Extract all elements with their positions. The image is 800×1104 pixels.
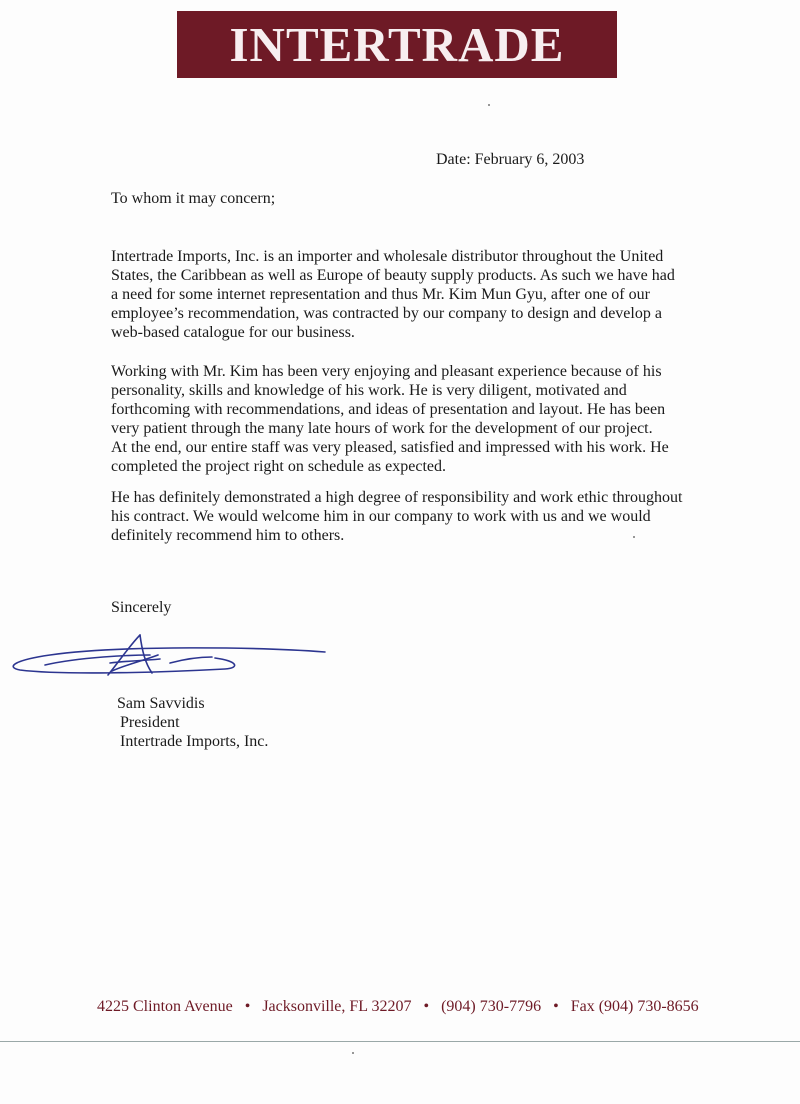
paragraph-line: forthcoming with recommendations, and id… bbox=[111, 400, 711, 419]
paragraph-line: employee’s recommendation, was contracte… bbox=[111, 304, 711, 323]
signer-title: President bbox=[117, 713, 268, 732]
company-logo-text: INTERTRADE bbox=[229, 16, 564, 73]
paragraph-line: At the end, our entire staff was very pl… bbox=[111, 438, 711, 457]
footer-divider bbox=[0, 1041, 800, 1042]
scan-speck bbox=[633, 536, 635, 538]
signature-image bbox=[0, 625, 340, 685]
signer-block: Sam Savvidis President Intertrade Import… bbox=[117, 694, 268, 751]
paragraph-recommendation: He has definitely demonstrated a high de… bbox=[111, 488, 711, 545]
footer-address: 4225 Clinton Avenue bbox=[97, 998, 233, 1015]
paragraph-line: very patient through the many late hours… bbox=[111, 419, 711, 438]
salutation: To whom it may concern; bbox=[111, 190, 275, 208]
paragraph-line: He has definitely demonstrated a high de… bbox=[111, 488, 711, 507]
paragraph-line: his contract. We would welcome him in ou… bbox=[111, 507, 711, 526]
paragraph-line: web-based catalogue for our business. bbox=[111, 323, 711, 342]
footer-fax: Fax (904) 730-8656 bbox=[571, 998, 699, 1015]
paragraph-line: definitely recommend him to others. bbox=[111, 526, 711, 545]
letterhead-banner: INTERTRADE bbox=[177, 11, 617, 78]
footer-city: Jacksonville, FL 32207 bbox=[262, 998, 411, 1015]
scan-speck bbox=[352, 1052, 354, 1054]
paragraph-line: a need for some internet representation … bbox=[111, 285, 711, 304]
bullet-separator: • bbox=[423, 998, 429, 1015]
closing: Sincerely bbox=[111, 599, 171, 617]
paragraph-line: States, the Caribbean as well as Europe … bbox=[111, 266, 711, 285]
paragraph-line: completed the project right on schedule … bbox=[111, 457, 711, 476]
paragraph-line: Intertrade Imports, Inc. is an importer … bbox=[111, 247, 711, 266]
paragraph-experience: Working with Mr. Kim has been very enjoy… bbox=[111, 362, 711, 476]
letter-date: Date: February 6, 2003 bbox=[436, 151, 584, 169]
signer-name: Sam Savvidis bbox=[117, 694, 268, 713]
signer-company: Intertrade Imports, Inc. bbox=[117, 732, 268, 751]
paragraph-intro: Intertrade Imports, Inc. is an importer … bbox=[111, 247, 711, 342]
paragraph-line: personality, skills and knowledge of his… bbox=[111, 381, 711, 400]
bullet-separator: • bbox=[553, 998, 559, 1015]
scan-speck bbox=[488, 104, 490, 106]
bullet-separator: • bbox=[245, 998, 251, 1015]
footer-phone: (904) 730-7796 bbox=[441, 998, 541, 1015]
paragraph-line: Working with Mr. Kim has been very enjoy… bbox=[111, 362, 711, 381]
